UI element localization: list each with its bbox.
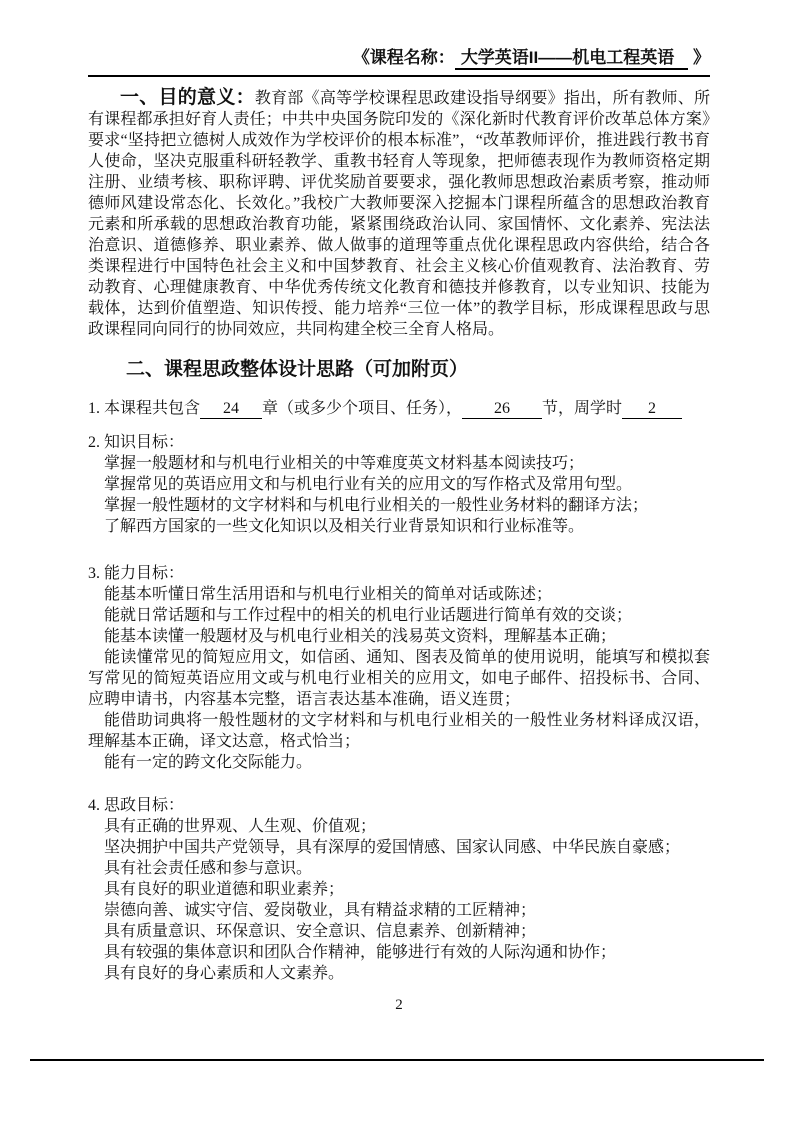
structure-prefix: 1. 本课程共包含 xyxy=(88,400,200,417)
purpose-body-text: 教育部《高等学校课程思政建设指导纲要》指出，所有教师、所有课程都承担好育人责任；… xyxy=(88,90,710,338)
goal-item: 能借助词典将一般性题材的文字材料和与机电行业相关的一般性业务材料译成汉语，理解基… xyxy=(88,710,710,752)
structure-mid2: 节，周学时 xyxy=(542,400,622,417)
header-divider xyxy=(88,75,710,77)
goal-item: 具有社会责任感和参与意识。 xyxy=(88,858,710,879)
page-number: 2 xyxy=(88,997,710,1013)
knowledge-goals-heading: 2. 知识目标： xyxy=(88,432,710,453)
goal-item: 能基本读懂一般题材及与机电行业相关的浅易英文资料，理解基本正确； xyxy=(88,626,710,647)
section-heading-design: 二、课程思政整体设计思路（可加附页） xyxy=(88,356,710,384)
ideology-goals-list: 具有正确的世界观、人生观、价值观；坚决拥护中国共产党领导，具有深厚的爱国情感、国… xyxy=(88,816,710,984)
goal-item: 能有一定的跨文化交际能力。 xyxy=(88,752,710,773)
ideology-goals-section: 4. 思政目标： 具有正确的世界观、人生观、价值观；坚决拥护中国共产党领导，具有… xyxy=(88,795,710,984)
ability-goals-list: 能基本听懂日常生活用语和与机电行业相关的简单对话或陈述；能就日常话题和与工作过程… xyxy=(88,584,710,773)
goal-item: 掌握常见的英语应用文和与机电行业有关的应用文的写作格式及常用句型。 xyxy=(88,474,710,495)
goal-item: 掌握一般性题材的文字材料和与机电行业相关的一般性业务材料的翻译方法； xyxy=(88,495,710,516)
chapter-count-blank: 24 xyxy=(200,399,262,419)
goal-item: 崇德向善、诚实守信、爱岗敬业，具有精益求精的工匠精神； xyxy=(88,900,710,921)
section-count-blank: 26 xyxy=(462,399,542,419)
goal-item: 具有较强的集体意识和团队合作精神，能够进行有效的人际沟通和协作； xyxy=(88,942,710,963)
footer-divider xyxy=(30,1059,764,1061)
weekly-hours-blank: 2 xyxy=(622,399,682,419)
document-page: 《课程名称：大学英语II——机电工程英语 》 一、目的意义：教育部《高等学校课程… xyxy=(0,0,794,1123)
goal-item: 具有良好的身心素质和人文素养。 xyxy=(88,963,710,984)
course-name-label: 《课程名称： xyxy=(353,48,455,67)
goal-item: 能基本听懂日常生活用语和与机电行业相关的简单对话或陈述； xyxy=(88,584,710,605)
ideology-goals-heading: 4. 思政目标： xyxy=(88,795,710,816)
goal-item: 能读懂常见的简短应用文，如信函、通知、图表及简单的使用说明，能填写和模拟套写常见… xyxy=(88,647,710,710)
course-name-header: 《课程名称：大学英语II——机电工程英语 》 xyxy=(88,46,710,70)
structure-mid1: 章（或多少个项目、任务）， xyxy=(262,400,462,417)
goal-item: 坚决拥护中国共产党领导，具有深厚的爱国情感、国家认同感、中华民族自豪感； xyxy=(88,837,710,858)
course-name-suffix: 》 xyxy=(693,48,710,67)
knowledge-goals-section: 2. 知识目标： 掌握一般题材和与机电行业相关的中等难度英文材料基本阅读技巧；掌… xyxy=(88,432,710,537)
ability-goals-heading: 3. 能力目标： xyxy=(88,563,710,584)
goal-item: 具有良好的职业道德和职业素养； xyxy=(88,879,710,900)
goal-item: 能就日常话题和与工作过程中的相关的机电行业话题进行简单有效的交谈； xyxy=(88,605,710,626)
ability-goals-section: 3. 能力目标： 能基本听懂日常生活用语和与机电行业相关的简单对话或陈述；能就日… xyxy=(88,563,710,773)
goal-item: 掌握一般题材和与机电行业相关的中等难度英文材料基本阅读技巧； xyxy=(88,453,710,474)
knowledge-goals-list: 掌握一般题材和与机电行业相关的中等难度英文材料基本阅读技巧；掌握常见的英语应用文… xyxy=(88,453,710,537)
purpose-paragraph: 一、目的意义：教育部《高等学校课程思政建设指导纲要》指出，所有教师、所有课程都承… xyxy=(88,87,710,340)
section-heading-purpose: 一、目的意义： xyxy=(120,87,255,108)
goal-item: 具有质量意识、环保意识、安全意识、信息素养、创新精神； xyxy=(88,921,710,942)
goal-item: 具有正确的世界观、人生观、价值观； xyxy=(88,816,710,837)
goal-item: 了解西方国家的一些文化知识以及相关行业背景知识和行业标准等。 xyxy=(88,516,710,537)
course-name-value: 大学英语II——机电工程英语 xyxy=(455,48,688,70)
course-structure-line: 1. 本课程共包含24章（或多少个项目、任务），26节，周学时2 xyxy=(88,398,710,419)
